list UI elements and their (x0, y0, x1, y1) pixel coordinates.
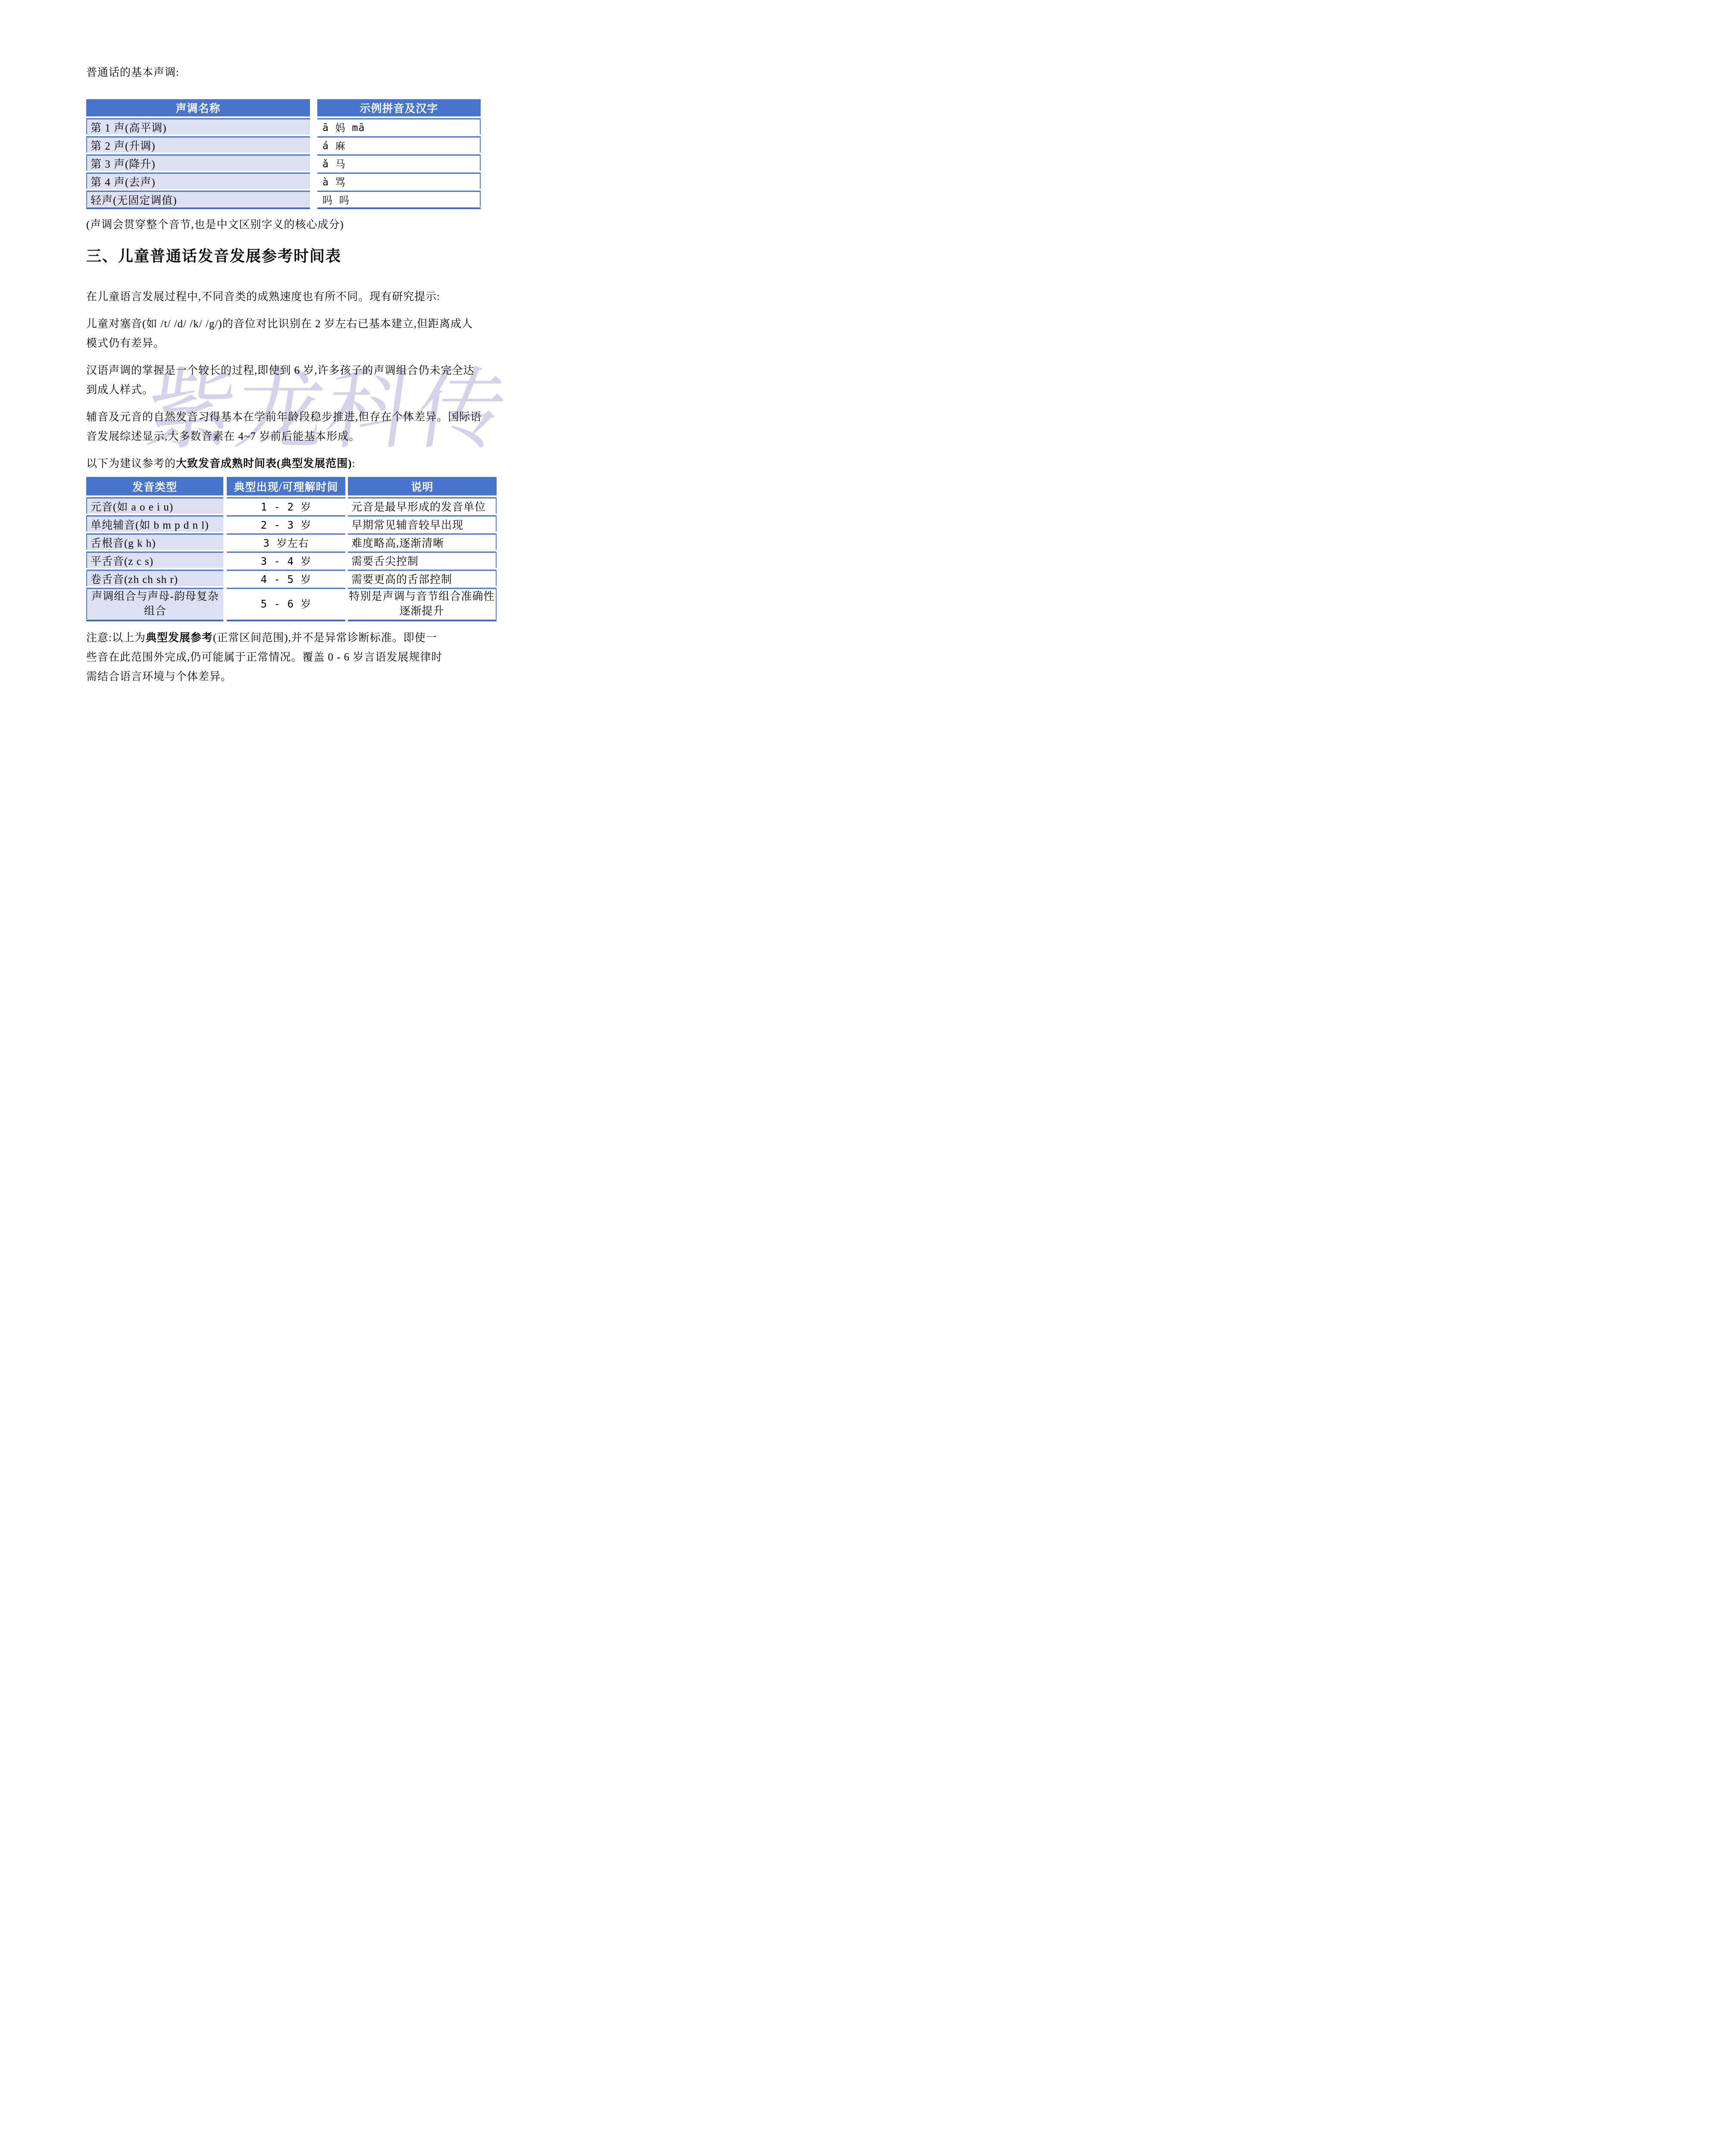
tone-example-cell: ā 妈 mā (317, 118, 481, 135)
column-gap (223, 552, 227, 568)
document-content: 普通话的基本声调: 声调名称 示例拼音及汉字 第 1 声(高平调) ā 妈 mā… (0, 0, 570, 686)
development-table-row: 声调组合与声母-韵母复杂组合 5 - 6 岁 特别是声调与音节组合准确性逐渐提升 (86, 588, 570, 619)
dev-time-cell: 4 - 5 岁 (227, 570, 345, 586)
dev-header-type: 发音类型 (86, 477, 223, 495)
dev-type-cell: 舌根音(g k h) (86, 533, 223, 550)
tone-name-cell: 第 3 声(降升) (86, 154, 310, 171)
tone-example-cell: ǎ 马 (317, 154, 481, 171)
tone-example-cell: á 麻 (317, 136, 481, 153)
tone-table-header-example: 示例拼音及汉字 (317, 99, 481, 116)
paragraph-plosives: 儿童对塞音(如 /t/ /d/ /k/ /g/)的音位对比识别在 2 岁左右已基… (86, 314, 483, 353)
tone-table-bottom-border (86, 207, 570, 209)
tone-table-row: 第 2 声(升调) á 麻 (86, 136, 570, 153)
tone-table-row: 第 3 声(降升) ǎ 马 (86, 154, 570, 171)
column-gap (310, 191, 317, 207)
dev-header-note: 说明 (348, 477, 497, 495)
development-table-row: 单纯辅音(如 b m p d n l) 2 - 3 岁 早期常见辅音较早出现 (86, 515, 570, 532)
note-bold: 典型发展参考 (146, 632, 213, 644)
table-intro-bold: 大致发音成熟时间表(典型发展范围) (176, 458, 352, 470)
development-table: 发音类型 典型出现/可理解时间 说明 元音(如 a o e i u) 1 - 2… (86, 477, 570, 621)
dev-time-cell: 3 岁左右 (227, 533, 345, 550)
development-table-row: 平舌音(z c s) 3 - 4 岁 需要舌尖控制 (86, 552, 570, 568)
tone-example-cell: à 骂 (317, 172, 481, 189)
section-heading: 三、儿童普通话发音发展参考时间表 (86, 244, 570, 269)
development-table-row: 元音(如 a o e i u) 1 - 2 岁 元音是最早形成的发音单位 (86, 497, 570, 514)
note-pre: 注意:以上为 (86, 632, 146, 644)
tone-name-cell: 轻声(无固定调值) (86, 191, 310, 207)
column-gap (310, 99, 317, 116)
table-intro-pre: 以下为建议参考的 (86, 458, 176, 470)
tone-table-caption: (声调会贯穿整个音节,也是中文区别字义的核心成分) (86, 215, 483, 235)
column-gap (310, 154, 317, 171)
note-paragraph: 注意:以上为典型发展参考(正常区间范围),并不是异常诊断标准。即使一些音在此范围… (86, 628, 446, 686)
dev-time-cell: 2 - 3 岁 (227, 515, 345, 532)
development-table-row: 舌根音(g k h) 3 岁左右 难度略高,逐渐清晰 (86, 533, 570, 550)
column-gap (310, 118, 317, 135)
dev-type-cell: 声调组合与声母-韵母复杂组合 (86, 588, 223, 619)
paragraph-research: 在儿童语言发展过程中,不同音类的成熟速度也有所不同。现有研究提示: (86, 287, 483, 307)
dev-type-cell: 元音(如 a o e i u) (86, 497, 223, 514)
dev-type-cell: 卷舌音(zh ch sh r) (86, 570, 223, 586)
dev-note-cell: 元音是最早形成的发音单位 (348, 497, 497, 514)
dev-note-cell: 难度略高,逐渐清晰 (348, 533, 497, 550)
tone-name-cell: 第 1 声(高平调) (86, 118, 310, 135)
table-intro-post: : (352, 458, 356, 470)
tone-table-header-name: 声调名称 (86, 99, 310, 116)
column-gap (310, 136, 317, 153)
dev-note-cell: 需要舌尖控制 (348, 552, 497, 568)
dev-note-cell: 早期常见辅音较早出现 (348, 515, 497, 532)
tone-name-cell: 第 2 声(升调) (86, 136, 310, 153)
dev-type-cell: 单纯辅音(如 b m p d n l) (86, 515, 223, 532)
tone-table-row: 轻声(无固定调值) 吗 吗 (86, 191, 570, 207)
tone-table-row: 第 4 声(去声) à 骂 (86, 172, 570, 189)
paragraph-tones: 汉语声调的掌握是一个较长的过程,即使到 6 岁,许多孩子的声调组合仍未完全达到成… (86, 361, 483, 400)
dev-time-cell: 5 - 6 岁 (227, 588, 345, 619)
dev-type-cell: 平舌音(z c s) (86, 552, 223, 568)
development-table-row: 卷舌音(zh ch sh r) 4 - 5 岁 需要更高的舌部控制 (86, 570, 570, 586)
tone-table: 声调名称 示例拼音及汉字 第 1 声(高平调) ā 妈 mā 第 2 声(升调)… (86, 99, 570, 209)
dev-note-cell: 需要更高的舌部控制 (348, 570, 497, 586)
paragraph-consonants: 辅音及元音的自然发音习得基本在学前年龄段稳步推进,但存在个体差异。国际语音发展综… (86, 407, 483, 446)
column-gap (223, 533, 227, 550)
column-gap (223, 497, 227, 514)
development-table-header-row: 发音类型 典型出现/可理解时间 说明 (86, 477, 570, 495)
column-gap (223, 477, 227, 495)
dev-time-cell: 3 - 4 岁 (227, 552, 345, 568)
intro-paragraph: 普通话的基本声调: (86, 63, 483, 82)
document-page: 紫龙科传 普通话的基本声调: 声调名称 示例拼音及汉字 第 1 声(高平调) ā… (0, 0, 570, 807)
tone-example-cell: 吗 吗 (317, 191, 481, 207)
dev-note-cell: 特别是声调与音节组合准确性逐渐提升 (348, 588, 497, 619)
tone-table-row: 第 1 声(高平调) ā 妈 mā (86, 118, 570, 135)
column-gap (310, 172, 317, 189)
tone-name-cell: 第 4 声(去声) (86, 172, 310, 189)
paragraph-table-intro: 以下为建议参考的大致发音成熟时间表(典型发展范围): (86, 454, 483, 473)
column-gap (223, 515, 227, 532)
column-gap (223, 570, 227, 586)
dev-time-cell: 1 - 2 岁 (227, 497, 345, 514)
development-table-bottom-border (86, 620, 570, 621)
tone-table-header-row: 声调名称 示例拼音及汉字 (86, 99, 570, 116)
dev-header-time: 典型出现/可理解时间 (227, 477, 345, 495)
column-gap (223, 588, 227, 619)
